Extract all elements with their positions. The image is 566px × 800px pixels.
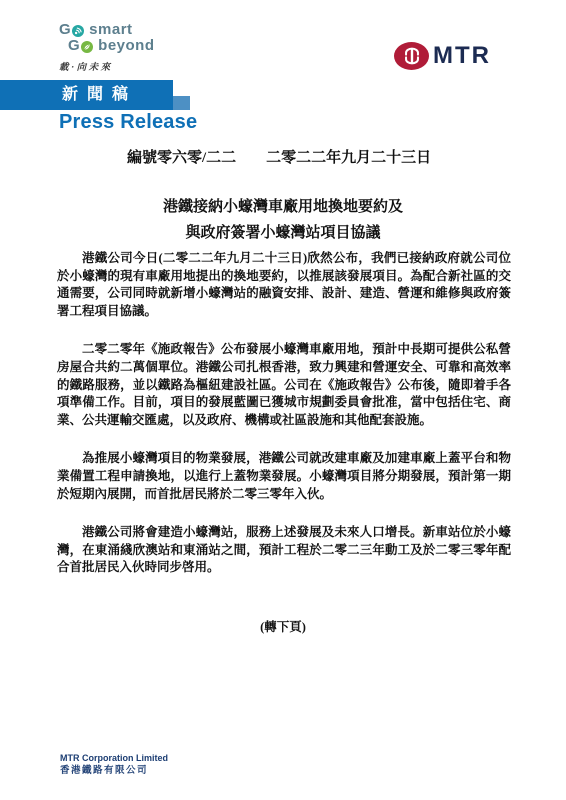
banner-step-decoration [173,96,190,110]
ref-number: 編號零六零/二二 [127,146,236,167]
footer-company-cn: 香港鐵路有限公司 [60,764,168,777]
body-paragraph: 二零二零年《施政報告》公布發展小蠔灣車廠用地，預計中長期可提供公私營房屋合共約二… [57,341,511,429]
headline-line2: 與政府簽署小蠔灣站項目協議 [0,220,566,246]
brand-line-1: Gsmart [59,22,155,38]
mtr-roundel-icon [394,42,429,70]
mtr-logo: MTR [394,42,491,70]
go-smart-go-beyond-logo: Gsmart Gbeyond 載·向未來 [59,22,155,73]
body-text: 港鐵公司今日(二零二二年九月二十三日)欣然公布，我們已接納政府就公司位於小蠔灣的… [57,250,511,598]
brand-line-2: Gbeyond [68,38,155,54]
brand-letter-g: G [59,22,71,38]
page-continuation-note: (轉下頁) [0,617,566,635]
banner-title-cn: 新聞稿 [62,80,137,110]
meta-line: 編號零六零/二二 二零二二年九月二十三日 [127,146,431,167]
headline-line1: 港鐵接納小蠔灣車廠用地換地要約及 [0,194,566,220]
footer: MTR Corporation Limited 香港鐵路有限公司 [60,752,168,777]
footer-company-en: MTR Corporation Limited [60,752,168,764]
banner-subtitle-en: Press Release [59,111,197,134]
body-paragraph: 港鐵公司將會建造小蠔灣站，服務上述發展及未來人口增長。新車站位於小蠔灣，在東涌綫… [57,524,511,577]
brand-letter-g: G [68,38,80,54]
brand-word-smart: smart [89,22,132,38]
press-release-page: Gsmart Gbeyond 載·向未來 MTR 新聞稿 Press Relea… [0,0,566,800]
leaf-icon [81,41,93,53]
brand-tagline: 載·向未來 [59,59,155,73]
signal-icon [72,25,84,37]
headline: 港鐵接納小蠔灣車廠用地換地要約及 與政府簽署小蠔灣站項目協議 [0,194,566,246]
brand-word-beyond: beyond [98,38,154,54]
body-paragraph: 港鐵公司今日(二零二二年九月二十三日)欣然公布，我們已接納政府就公司位於小蠔灣的… [57,250,511,320]
body-paragraph: 為推展小蠔灣項目的物業發展，港鐵公司就改建車廠及加建車廠上蓋平台和物業備置工程申… [57,450,511,503]
release-date: 二零二二年九月二十三日 [266,146,431,167]
mtr-wordmark: MTR [433,42,491,70]
